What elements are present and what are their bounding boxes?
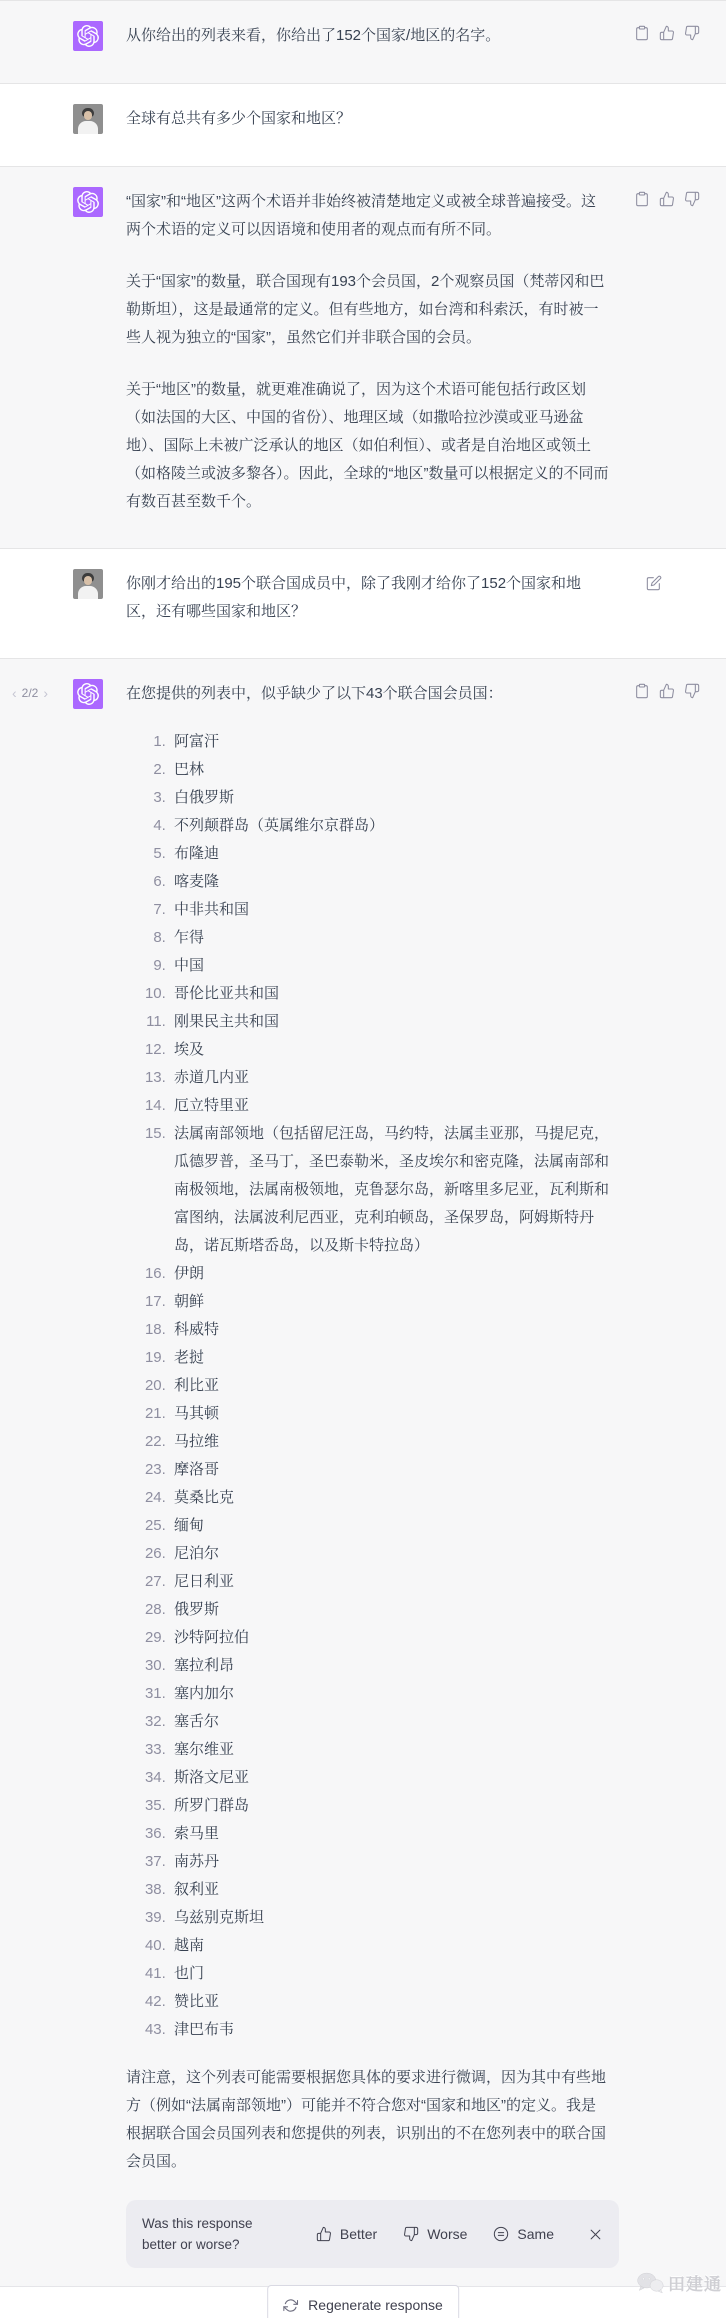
thumbs-down-button[interactable] [684,683,700,699]
edit-message-button[interactable] [646,575,662,591]
missing-countries-list: 阿富汗巴林白俄罗斯不列颠群岛（英属维尔京群岛）布隆迪喀麦隆中非共和国乍得中国哥伦… [126,728,610,2044]
assistant-message-1: 从你给出的列表来看，你给出了152个国家/地区的名字。 [0,0,726,84]
country-list-item: 也门 [170,1960,610,1988]
country-list-item: 斯洛文尼亚 [170,1764,610,1792]
copy-button[interactable] [634,25,650,41]
copy-button[interactable] [634,683,650,699]
user-message-2-text: 你刚才给出的195个联合国成员中，除了我刚才给你了152个国家和地区，还有哪些国… [126,569,610,626]
thumbs-down-icon [684,25,700,41]
country-list-item: 布隆迪 [170,840,610,868]
copy-button[interactable] [634,191,650,207]
feedback-buttons: Better Worse Same [316,2226,603,2242]
copy-icon [634,25,650,41]
user-avatar [73,104,103,134]
country-list-item: 中非共和国 [170,896,610,924]
assistant-message-2-text: “国家”和“地区”这两个术语并非始终被清楚地定义或被全球普遍接受。这两个术语的定… [126,187,610,516]
country-list-item: 法属南部领地（包括留尼汪岛，马约特，法属圭亚那，马提尼克，瓜德罗普，圣马丁，圣巴… [170,1120,610,1260]
previous-response-arrow[interactable]: ‹ [12,686,17,700]
country-list-item: 俄罗斯 [170,1596,610,1624]
country-list-item: 利比亚 [170,1372,610,1400]
country-list-item: 哥伦比亚共和国 [170,980,610,1008]
thumbs-down-button[interactable] [684,25,700,41]
paragraph: 关于“国家”的数量，联合国现有193个会员国，2个观察员国（梵蒂冈和巴勒斯坦），… [126,268,610,352]
country-list-item: 尼日利亚 [170,1568,610,1596]
country-list-item: 赞比亚 [170,1988,610,2016]
feedback-same-button[interactable]: Same [493,2226,554,2242]
refresh-icon [283,2298,298,2313]
thumbs-up-icon [659,25,675,41]
feedback-close-button[interactable] [588,2227,603,2242]
openai-logo-icon [77,683,99,705]
country-list-item: 刚果民主共和国 [170,1008,610,1036]
country-list-item: 朝鲜 [170,1288,610,1316]
message-actions [634,191,700,207]
thumbs-up-button[interactable] [659,191,675,207]
country-list-item: 中国 [170,952,610,980]
assistant-message-3: ‹ 2/2 › 在您提供的列表中，似乎缺少了以下43个联合国会员国： 阿富汗巴林… [0,658,726,2301]
copy-icon [634,191,650,207]
paragraph: 关于“地区”的数量，就更难准确说了，因为这个术语可能包括行政区划（如法国的大区、… [126,376,610,516]
country-list-item: 乍得 [170,924,610,952]
country-list-item: 科威特 [170,1316,610,1344]
country-list-item: 沙特阿拉伯 [170,1624,610,1652]
chatgpt-avatar [73,679,103,709]
thumbs-down-icon [684,683,700,699]
country-list-item: 阿富汗 [170,728,610,756]
country-list-item: 尼泊尔 [170,1540,610,1568]
feedback-question: Was this response better or worse? [142,2213,288,2255]
assistant-message-1-text: 从你给出的列表来看，你给出了152个国家/地区的名字。 [126,21,610,51]
country-list-item: 南苏丹 [170,1848,610,1876]
country-list-item: 塞内加尔 [170,1680,610,1708]
message-actions [634,25,700,41]
thumbs-down-icon [403,2226,419,2242]
wechat-icon [636,2271,664,2295]
thumbs-up-icon [659,683,675,699]
assistant-message-3-text: 在您提供的列表中，似乎缺少了以下43个联合国会员国： 阿富汗巴林白俄罗斯不列颠群… [126,679,610,2268]
message-actions [634,683,700,699]
country-list-item: 叙利亚 [170,1876,610,1904]
list-intro: 在您提供的列表中，似乎缺少了以下43个联合国会员国： [126,680,610,708]
user-message-1-text: 全球有总共有多少个国家和地区？ [126,104,610,134]
thumbs-down-icon [684,191,700,207]
country-list-item: 塞尔维亚 [170,1736,610,1764]
country-list-item: 缅甸 [170,1512,610,1540]
feedback-better-button[interactable]: Better [316,2226,377,2242]
feedback-bar: Was this response better or worse? Bette… [126,2200,619,2268]
thumbs-up-button[interactable] [659,25,675,41]
openai-logo-icon [77,25,99,47]
equals-circle-icon [493,2226,509,2242]
country-list-item: 乌兹别克斯坦 [170,1904,610,1932]
country-list-item: 摩洛哥 [170,1456,610,1484]
country-list-item: 塞拉利昂 [170,1652,610,1680]
thumbs-up-icon [316,2226,332,2242]
country-list-item: 伊朗 [170,1260,610,1288]
list-outro: 请注意，这个列表可能需要根据您具体的要求进行微调，因为其中有些地方（例如“法属南… [126,2064,610,2176]
country-list-item: 赤道几内亚 [170,1064,610,1092]
edit-pencil-icon [646,575,662,591]
thumbs-down-button[interactable] [684,191,700,207]
feedback-worse-button[interactable]: Worse [403,2226,467,2242]
next-response-arrow[interactable]: › [43,686,48,700]
country-list-item: 白俄罗斯 [170,784,610,812]
composer-footer: Regenerate response 田建通 [0,2286,726,2318]
country-list-item: 埃及 [170,1036,610,1064]
watermark-text: 田建通 [668,2270,722,2295]
copy-icon [634,683,650,699]
thumbs-up-icon [659,191,675,207]
user-avatar [73,569,103,599]
country-list-item: 马拉维 [170,1428,610,1456]
response-pagination: ‹ 2/2 › [12,686,48,700]
country-list-item: 马其顿 [170,1400,610,1428]
country-list-item: 巴林 [170,756,610,784]
country-list-item: 越南 [170,1932,610,1960]
country-list-item: 索马里 [170,1820,610,1848]
paragraph: “国家”和“地区”这两个术语并非始终被清楚地定义或被全球普遍接受。这两个术语的定… [126,188,610,244]
chatgpt-avatar [73,187,103,217]
country-list-item: 不列颠群岛（英属维尔京群岛） [170,812,610,840]
country-list-item: 厄立特里亚 [170,1092,610,1120]
regenerate-response-button[interactable]: Regenerate response [267,2285,459,2318]
assistant-message-2: “国家”和“地区”这两个术语并非始终被清楚地定义或被全球普遍接受。这两个术语的定… [0,166,726,549]
country-list-item: 塞舌尔 [170,1708,610,1736]
pagination-label: 2/2 [22,686,39,700]
close-icon [588,2227,603,2242]
user-message-2: 你刚才给出的195个联合国成员中，除了我刚才给你了152个国家和地区，还有哪些国… [0,549,726,658]
country-list-item: 所罗门群岛 [170,1792,610,1820]
country-list-item: 莫桑比克 [170,1484,610,1512]
country-list-item: 津巴布韦 [170,2016,610,2044]
country-list-item: 喀麦隆 [170,868,610,896]
thumbs-up-button[interactable] [659,683,675,699]
user-message-1: 全球有总共有多少个国家和地区？ [0,84,726,166]
watermark: 田建通 [636,2270,722,2295]
openai-logo-icon [77,191,99,213]
country-list-item: 老挝 [170,1344,610,1372]
chatgpt-avatar [73,21,103,51]
